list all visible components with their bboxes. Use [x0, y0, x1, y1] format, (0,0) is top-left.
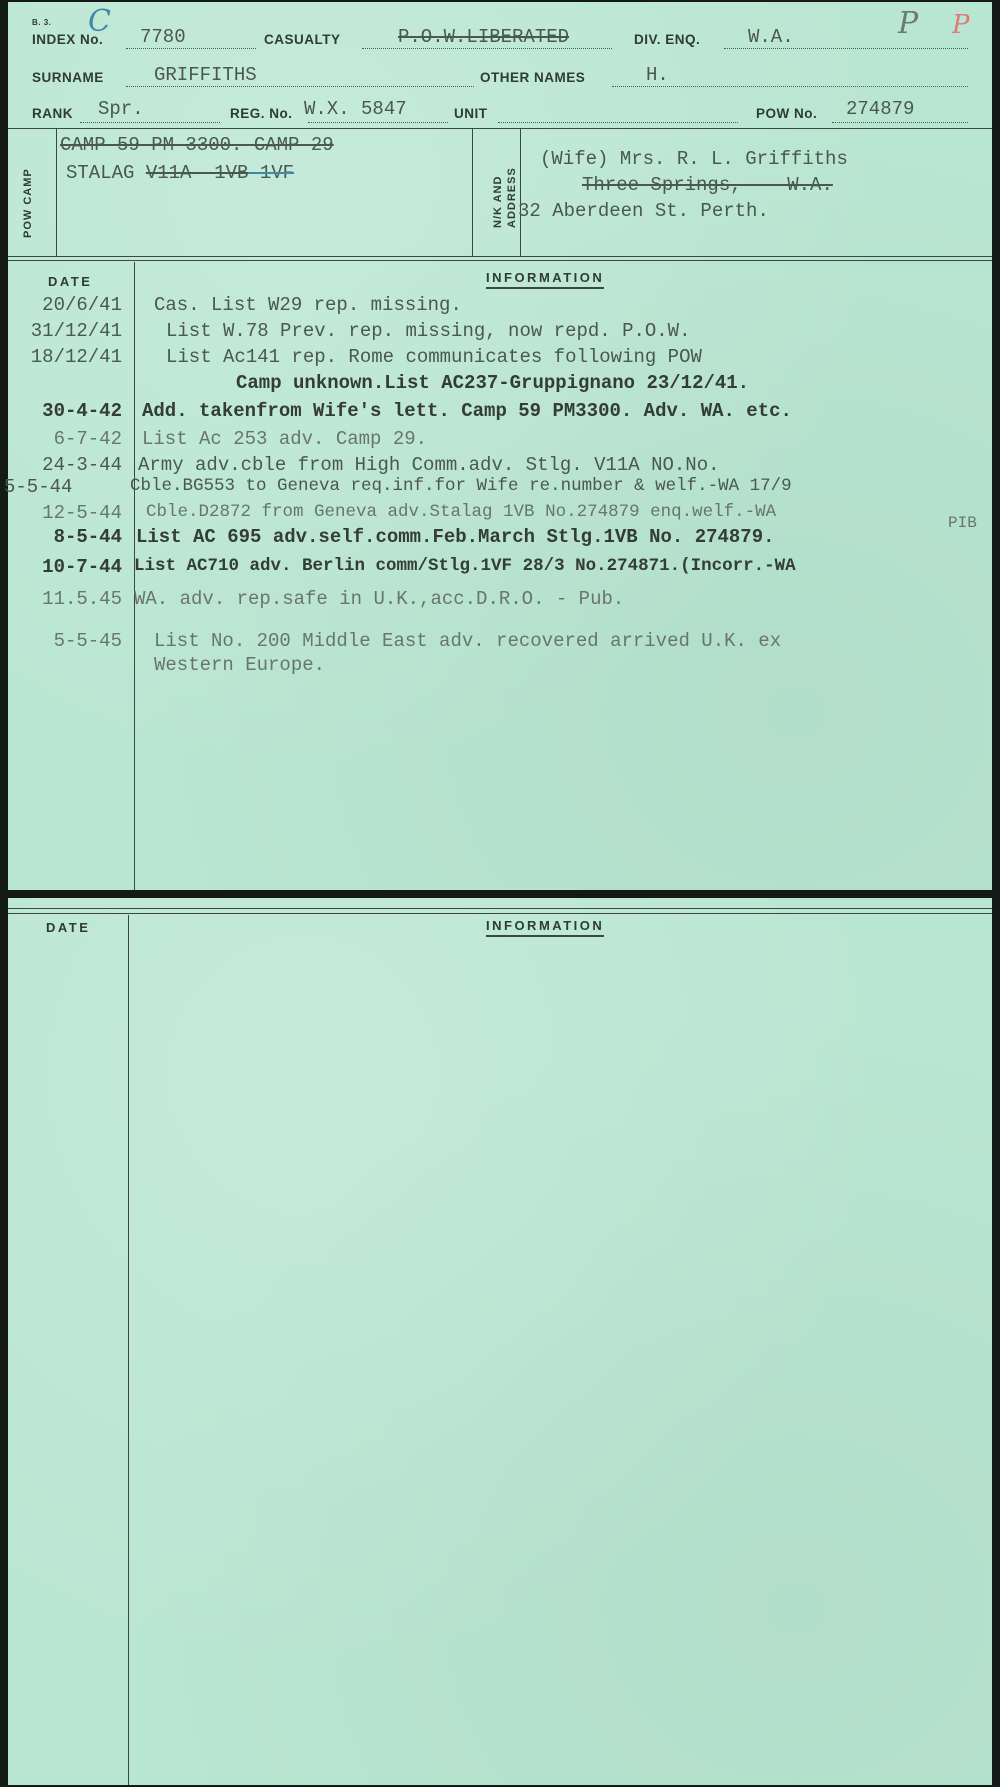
other-names-value: H.	[646, 64, 669, 86]
row-information: List W.78 Prev. rep. missing, now repd. …	[166, 320, 691, 342]
date-column-header: DATE	[48, 274, 92, 289]
record-card-back: DATE INFORMATION	[8, 898, 992, 1785]
pow-camp-label: POW CAMP	[22, 168, 34, 238]
pow-no-label: POW No.	[756, 106, 817, 121]
information-column-header-back: INFORMATION	[486, 918, 604, 937]
row-information: WA. adv. rep.safe in U.K.,acc.D.R.O. - P…	[134, 588, 624, 610]
unit-label: UNIT	[454, 106, 488, 121]
row-information: Cble.D2872 from Geneva adv.Stalag 1VB No…	[146, 502, 776, 522]
row-date: 8-5-44	[8, 526, 130, 550]
row-date: 30-4-42	[8, 400, 130, 424]
row-information: List AC710 adv. Berlin comm/Stlg.1VF 28/…	[134, 556, 796, 576]
nk-address-line-1: (Wife) Mrs. R. L. Griffiths	[540, 148, 848, 170]
row-information: Camp unknown.List AC237-Gruppignano 23/1…	[236, 372, 749, 394]
row-date: 6-7-42	[8, 428, 130, 452]
row-date: 5-5-45	[8, 630, 130, 654]
row-information: List No. 200 Middle East adv. recovered …	[154, 630, 781, 652]
row-date: 11.5.45	[8, 588, 130, 612]
form-code: B. 3.	[32, 18, 51, 27]
row-information: Add. takenfrom Wife's lett. Camp 59 PM33…	[142, 400, 792, 422]
handwritten-mark-p-red: P	[952, 10, 970, 40]
row-information: List AC 695 adv.self.comm.Feb.March Stlg…	[136, 526, 775, 548]
row-date: 18/12/41	[8, 346, 130, 370]
handwritten-mark-p-grey: P	[898, 6, 918, 41]
pow-no-value: 274879	[846, 98, 914, 120]
pow-camp-line-1: CAMP 59 PM 3300. CAMP 29	[60, 134, 334, 156]
record-card-front: B. 3. C P P INDEX No. 7780 CASUALTY P.O.…	[8, 2, 992, 890]
nk-label-line-1: N/K AND	[492, 176, 504, 228]
row-information: Cas. List W29 rep. missing.	[154, 294, 462, 316]
row-date: 12-5-44	[8, 502, 130, 526]
pow-camp-line-2: STALAG V11A- 1VB 1VF	[66, 162, 294, 184]
nk-address-line-2: Three Springs,----W.A.	[582, 174, 833, 196]
row-note: PIB	[948, 514, 977, 532]
row-information: List Ac141 rep. Rome communicates follow…	[166, 346, 702, 368]
surname-label: SURNAME	[32, 70, 104, 85]
surname-value: GRIFFITHS	[154, 64, 257, 86]
rank-label: RANK	[32, 106, 73, 121]
row-information: Cble.BG553 to Geneva req.inf.for Wife re…	[130, 476, 792, 496]
reg-no-value: W.X. 5847	[304, 98, 407, 120]
index-no-value: 7780	[140, 26, 186, 48]
index-no-label: INDEX No.	[32, 32, 103, 47]
other-names-label: OTHER NAMES	[480, 70, 585, 85]
row-date: 24-3-44	[8, 454, 130, 478]
row-date: 5-5-44	[8, 476, 130, 500]
row-date: 31/12/41	[8, 320, 130, 344]
div-enq-label: DIV. ENQ.	[634, 32, 700, 47]
casualty-label: CASUALTY	[264, 32, 341, 47]
row-date: 10-7-44	[8, 556, 130, 580]
div-enq-value: W.A.	[748, 26, 794, 48]
date-column-header-back: DATE	[46, 920, 90, 935]
reg-no-label: REG. No.	[230, 106, 293, 121]
row-information: Army adv.cble from High Comm.adv. Stlg. …	[138, 454, 720, 476]
row-date: 20/6/41	[8, 294, 130, 318]
nk-address-line-3: 32 Aberdeen St. Perth.	[518, 200, 769, 222]
nk-label-line-2: ADDRESS	[506, 167, 518, 228]
information-column-header: INFORMATION	[486, 270, 604, 289]
row-information: Western Europe.	[154, 654, 325, 676]
rank-value: Spr.	[98, 98, 144, 120]
row-information: List Ac 253 adv. Camp 29.	[142, 428, 427, 450]
casualty-value: P.O.W.LIBERATED	[398, 26, 569, 48]
